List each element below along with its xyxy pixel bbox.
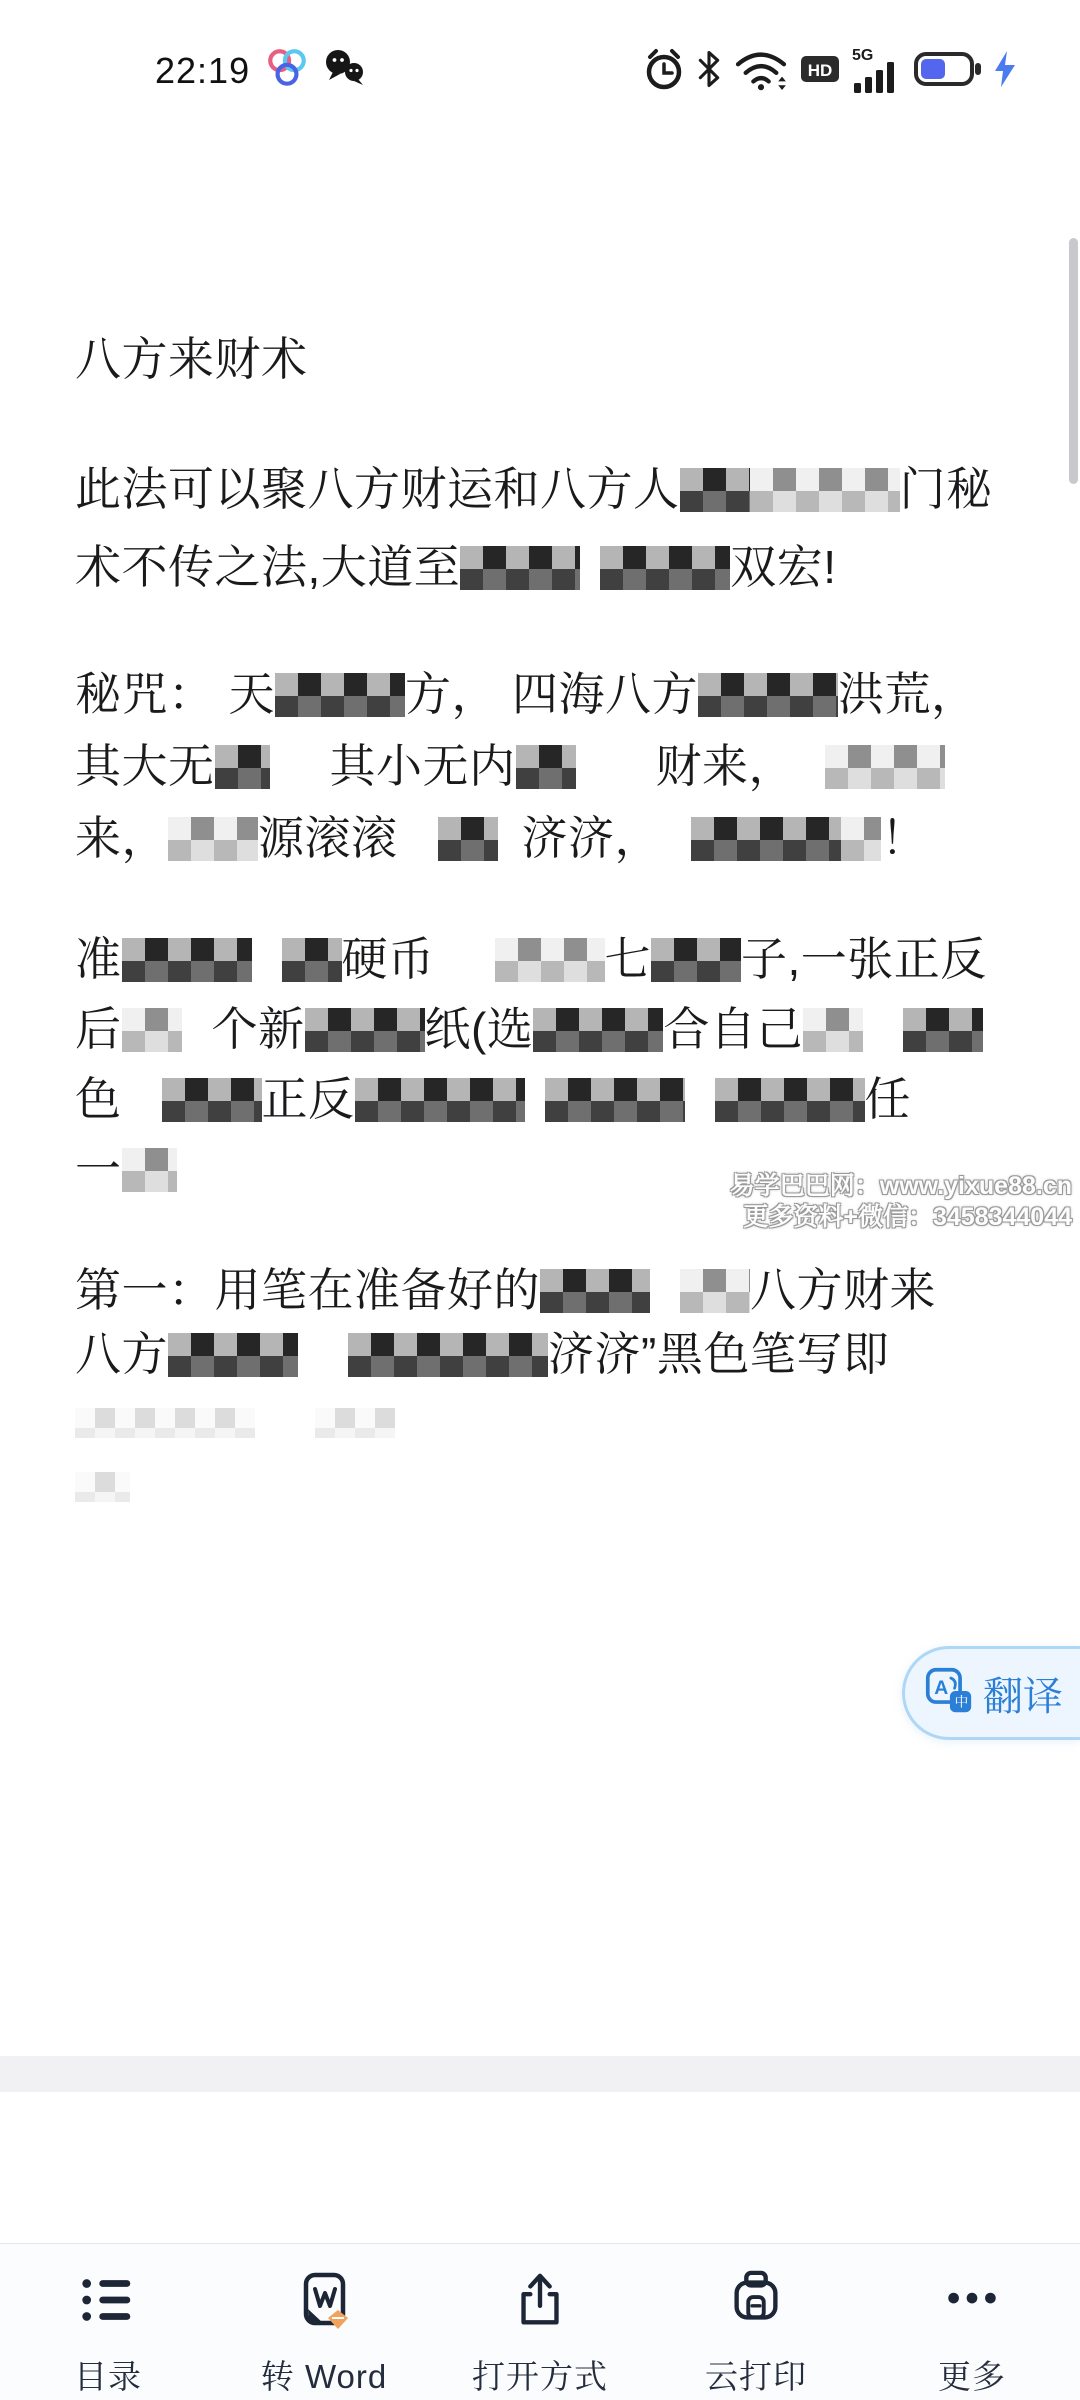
document-text: 第一：用笔在准备好的 <box>75 1264 540 1316</box>
text-gap <box>498 708 512 710</box>
status-bar-right: HD 5G <box>644 44 1016 94</box>
app-rings-icon <box>264 48 310 93</box>
censored-mosaic <box>841 817 881 861</box>
doc-paragraph-mantra: 秘咒：天方，四海八方洪荒，其大无其小无内财来，来，源滚滚济济，！ <box>75 658 1050 874</box>
document-text: 洪荒， <box>838 668 978 720</box>
censored-mosaic <box>275 673 405 717</box>
svg-text:A: A <box>934 1676 948 1698</box>
document-text: 一 <box>75 1143 122 1195</box>
pdf-viewer-screen: 22:19 <box>0 0 1080 2400</box>
document-line: 术不传之法,大道至双宏! <box>75 528 1050 606</box>
document-line: 八方来财术 <box>75 322 1050 396</box>
toolbar-item-open-with[interactable]: 打开方式 <box>432 2244 648 2400</box>
text-gap <box>795 780 825 782</box>
censored-mosaic <box>540 1269 650 1313</box>
document-text: 源滚滚 <box>258 812 398 864</box>
document-text: 济济”黑色笔写即 <box>548 1328 889 1380</box>
document-text: 后 <box>75 1003 122 1055</box>
document-text: 子,一张正反 <box>741 933 987 985</box>
censored-mosaic <box>516 745 576 789</box>
censored-mosaic <box>825 745 945 789</box>
document-line: 第一：用笔在准备好的八方财来 <box>75 1258 1050 1322</box>
document-text: 正反 <box>262 1073 355 1125</box>
censored-mosaic <box>651 938 741 982</box>
text-gap <box>270 780 330 782</box>
censored-mosaic <box>75 1408 255 1438</box>
text-gap <box>255 1432 315 1434</box>
text-gap <box>576 780 656 782</box>
censored-mosaic <box>680 1269 750 1313</box>
alarm-icon <box>644 47 684 91</box>
censored-mosaic <box>495 938 605 982</box>
toolbar-item-convert-word[interactable]: 转 Word <box>216 2244 432 2400</box>
text-gap <box>580 581 600 583</box>
text-gap <box>435 973 495 975</box>
page-gap <box>0 2056 1080 2092</box>
toolbar-label-cloud-print: 云打印 <box>705 2351 807 2398</box>
document-line: 其大无其小无内财来， <box>75 730 1050 802</box>
document-text: 四海八方 <box>512 668 698 720</box>
censored-mosaic <box>348 1333 548 1377</box>
document-line: 色正反任 <box>75 1064 1050 1134</box>
censored-mosaic <box>122 1008 182 1052</box>
hd-badge-icon: HD <box>800 54 840 84</box>
document-text: 合自己 <box>663 1003 803 1055</box>
svg-text:中: 中 <box>955 1693 969 1709</box>
censored-mosaic <box>698 673 838 717</box>
svg-text:5G: 5G <box>852 47 873 64</box>
document-text: 秘咒： <box>75 668 215 720</box>
convert-word-icon <box>292 2268 356 2337</box>
toolbar-label-toc: 目录 <box>74 2351 142 2398</box>
doc-paragraph-prepare: 准硬币七子,一张正反后个新纸(选合自己色正反任一 <box>75 924 1050 1204</box>
document-text: 此法可以聚八方财运和八方人 <box>75 463 680 515</box>
censored-mosaic <box>162 1078 262 1122</box>
text-gap <box>252 973 282 975</box>
document-text: 纸(选 <box>425 1003 534 1055</box>
document-text: 七 <box>605 933 652 985</box>
document-text: 色 <box>75 1073 122 1125</box>
bluetooth-icon <box>696 47 722 91</box>
cloud-print-icon <box>725 2268 787 2337</box>
document-text: 天 <box>229 668 276 720</box>
document-text: 来， <box>75 812 168 864</box>
doc-paragraph-intro: 此法可以聚八方财运和八方人门秘术不传之法,大道至双宏! <box>75 450 1050 606</box>
bottom-toolbar: 目录 转 Word 打开方式 <box>0 2243 1080 2400</box>
censored-mosaic <box>903 1008 983 1052</box>
censored-mosaic <box>545 1078 685 1122</box>
document-line <box>75 1386 1050 1450</box>
wechat-icon <box>324 48 368 93</box>
document-text: 双宏! <box>730 541 836 593</box>
document-text: 其小无内 <box>330 740 516 792</box>
document-line: 八方济济”黑色笔写即 <box>75 1322 1050 1386</box>
text-gap <box>525 1113 545 1115</box>
translate-label: 翻译 <box>983 1665 1063 1722</box>
svg-text:HD: HD <box>808 61 833 80</box>
toc-icon <box>77 2268 139 2337</box>
document-text: 八方 <box>75 1328 168 1380</box>
document-text: ！ <box>881 812 928 864</box>
censored-mosaic <box>460 546 580 590</box>
document-text: 财来， <box>656 740 796 792</box>
charging-bolt-icon <box>994 50 1016 88</box>
censored-mosaic <box>122 1148 177 1192</box>
document-line: 准硬币七子,一张正反 <box>75 924 1050 994</box>
more-icon <box>941 2268 1003 2337</box>
document-line: 来，源滚滚济济，！ <box>75 802 1050 874</box>
document-line: 后个新纸(选合自己 <box>75 994 1050 1064</box>
document-text: 个新 <box>212 1003 305 1055</box>
text-gap <box>298 1368 348 1370</box>
document-text: 门秘 <box>900 463 993 515</box>
text-gap <box>122 1113 162 1115</box>
toolbar-item-cloud-print[interactable]: 云打印 <box>648 2244 864 2400</box>
censored-mosaic <box>122 938 252 982</box>
censored-mosaic <box>438 817 498 861</box>
watermark-line1: 易学巴巴网：www.yixue88.cn <box>730 1171 1072 1202</box>
censored-mosaic <box>215 745 270 789</box>
censored-mosaic <box>168 1333 298 1377</box>
signal-5g-icon: 5G <box>852 45 902 93</box>
wifi-icon <box>734 47 788 91</box>
text-gap <box>863 1043 903 1045</box>
text-gap <box>182 1043 212 1045</box>
document-text: 硬币 <box>342 933 435 985</box>
document-text: 八方来财术 <box>75 333 308 385</box>
document-line: 此法可以聚八方财运和八方人门秘 <box>75 450 1050 528</box>
document-text: 八方财来 <box>750 1264 936 1316</box>
censored-mosaic <box>305 1008 425 1052</box>
text-gap <box>215 708 229 710</box>
censored-mosaic <box>691 817 841 861</box>
doc-paragraph-title: 八方来财术 <box>75 322 1050 396</box>
censored-mosaic <box>680 468 750 512</box>
document-text: 准 <box>75 933 122 985</box>
censored-mosaic <box>803 1008 863 1052</box>
watermark-line2: 更多资料+微信：3458344044 <box>730 1202 1072 1233</box>
status-bar-left: 22:19 <box>155 48 368 93</box>
text-gap <box>661 852 691 854</box>
censored-mosaic <box>75 1472 130 1502</box>
watermark: 易学巴巴网：www.yixue88.cn 更多资料+微信：3458344044 <box>730 1171 1072 1233</box>
app-header: 八方秘术.pdf <box>0 100 1080 233</box>
toolbar-label-open-with: 打开方式 <box>472 2351 608 2398</box>
document-line <box>75 1450 1050 1514</box>
censored-mosaic <box>600 546 730 590</box>
translate-icon: A 中 <box>925 1667 973 1720</box>
toolbar-label-convert-word: 转 Word <box>261 2351 387 2398</box>
pdf-page-2[interactable] <box>0 2092 1080 2243</box>
document-text: 济济， <box>522 812 662 864</box>
toolbar-item-toc[interactable]: 目录 <box>0 2244 216 2400</box>
censored-mosaic <box>355 1078 525 1122</box>
document-text: 任 <box>865 1073 912 1125</box>
censored-mosaic <box>715 1078 865 1122</box>
document-line: 秘咒：天方，四海八方洪荒， <box>75 658 1050 730</box>
text-gap <box>398 852 438 854</box>
document-text: 方， <box>405 668 498 720</box>
open-with-icon <box>509 2268 571 2337</box>
text-gap <box>498 852 522 854</box>
document-text: 其大无 <box>75 740 215 792</box>
censored-mosaic <box>750 468 900 512</box>
toolbar-label-more: 更多 <box>938 2351 1006 2398</box>
text-gap <box>650 1304 680 1306</box>
text-gap <box>685 1113 715 1115</box>
document-text: 术不传之法,大道至 <box>75 541 460 593</box>
toolbar-item-more[interactable]: 更多 <box>864 2244 1080 2400</box>
clock-time: 22:19 <box>155 50 250 92</box>
censored-mosaic <box>315 1408 395 1438</box>
translate-button[interactable]: A 中 翻译 <box>902 1646 1080 1740</box>
doc-paragraph-first-step: 第一：用笔在准备好的八方财来八方济济”黑色笔写即 <box>75 1258 1050 1514</box>
battery-icon <box>914 50 982 88</box>
censored-mosaic <box>533 1008 663 1052</box>
censored-mosaic <box>282 938 342 982</box>
censored-mosaic <box>168 817 258 861</box>
scrollbar-thumb[interactable] <box>1069 238 1078 484</box>
